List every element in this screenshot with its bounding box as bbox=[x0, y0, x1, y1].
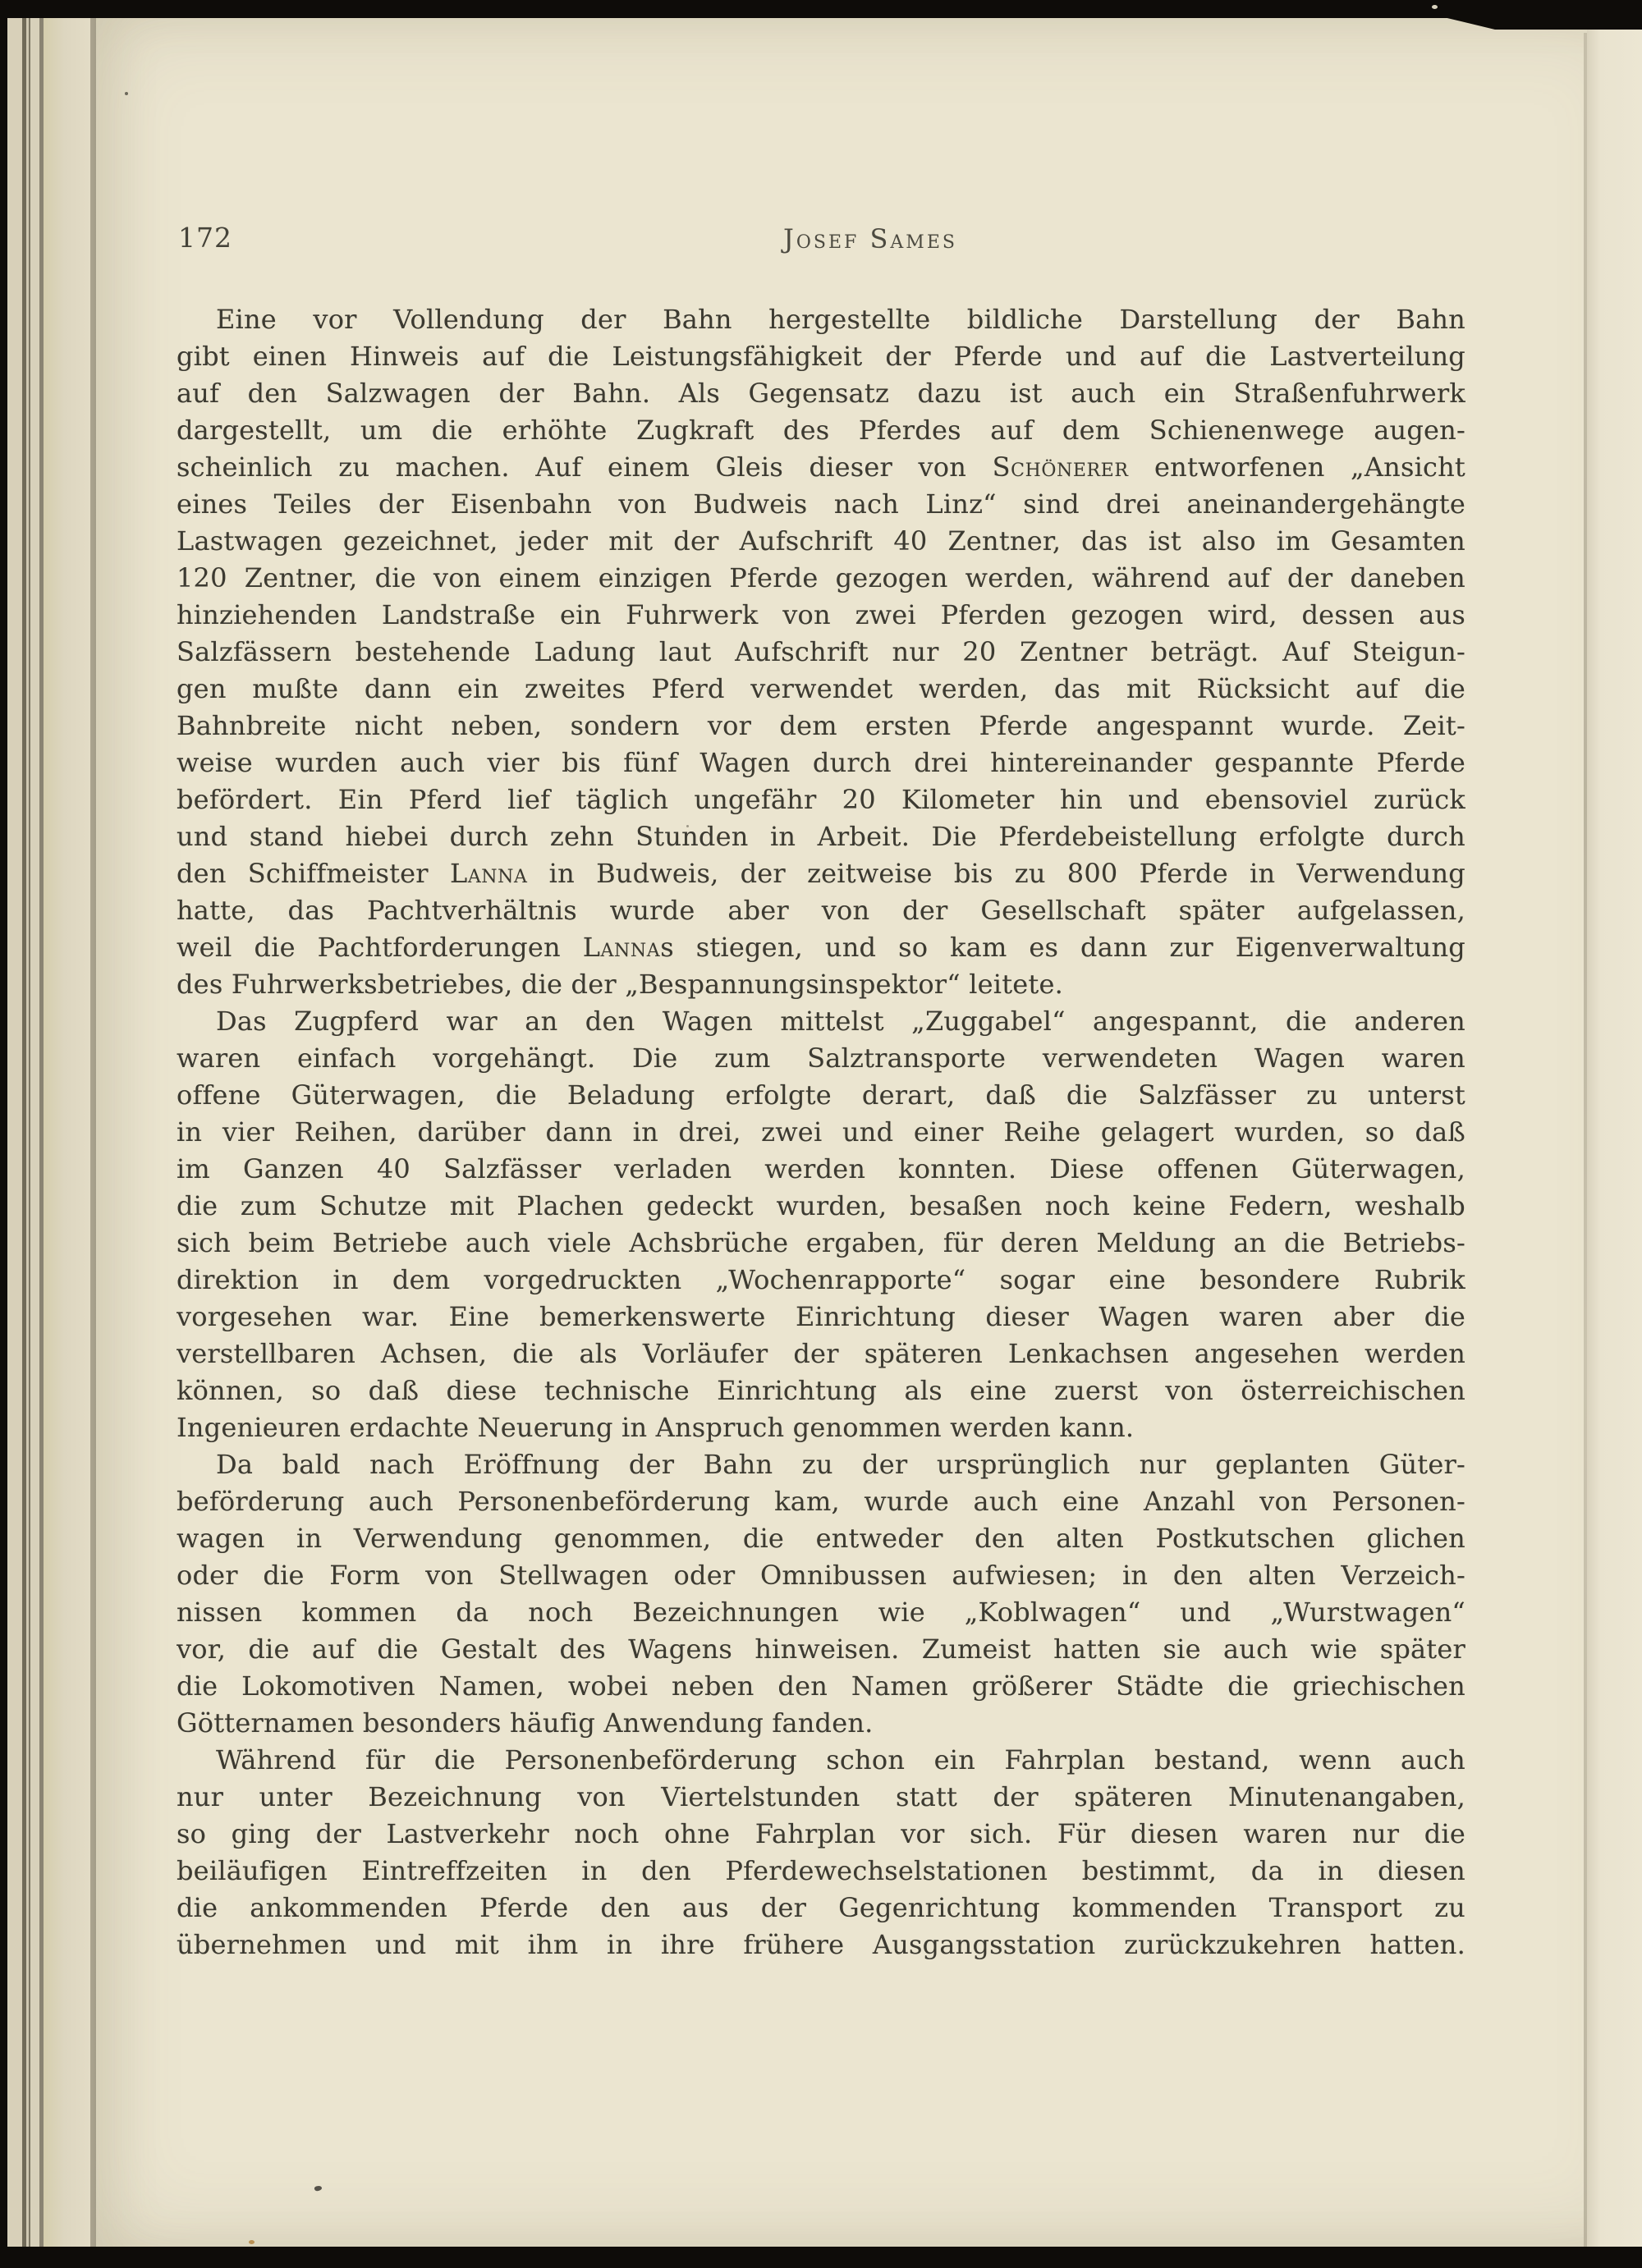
paragraph: Eine vor Vollendung der Bahn hergestellt… bbox=[177, 301, 1465, 1003]
next-page-edge bbox=[1587, 30, 1642, 2247]
text-line: hatte, das Pachtverhältnis wurde aber vo… bbox=[177, 892, 1465, 929]
page-number: 172 bbox=[178, 223, 232, 253]
text-line: offene Güterwagen, die Beladung erfolgte… bbox=[177, 1077, 1465, 1114]
text-line: eines Teiles der Eisenbahn von Budweis n… bbox=[177, 486, 1465, 523]
text-line: befördert. Ein Pferd lief täglich ungefä… bbox=[177, 781, 1465, 818]
text-line: Ingenieuren erdachte Neuerung in Anspruc… bbox=[177, 1409, 1465, 1446]
text-line: vor, die auf die Gestalt des Wagens hinw… bbox=[177, 1631, 1465, 1668]
text-line: die zum Schutze mit Plachen gedeckt wurd… bbox=[177, 1188, 1465, 1225]
page-crease-line bbox=[1584, 33, 1587, 2247]
text-line: dargestellt, um die erhöhte Zugkraft des… bbox=[177, 412, 1465, 449]
paragraph: Da bald nach Eröffnung der Bahn zu der u… bbox=[177, 1446, 1465, 1742]
text-line: Während für die Personenbeförderung scho… bbox=[177, 1742, 1465, 1779]
text-line: sich beim Betriebe auch viele Achsbrüche… bbox=[177, 1225, 1465, 1262]
text-line: können, so daß diese technische Einricht… bbox=[177, 1372, 1465, 1409]
text-line: den Schiffmeister Lanna in Budweis, der … bbox=[177, 855, 1465, 892]
text-line: beiläufigen Eintreffzeiten in den Pferde… bbox=[177, 1853, 1465, 1890]
text-line: 120 Zentner, die von einem einzigen Pfer… bbox=[177, 560, 1465, 597]
text-line: Da bald nach Eröffnung der Bahn zu der u… bbox=[177, 1446, 1465, 1483]
text-line: vorgesehen war. Eine bemerkenswerte Einr… bbox=[177, 1299, 1465, 1336]
text-line: beförderung auch Personenbeförderung kam… bbox=[177, 1483, 1465, 1520]
scan-border-top bbox=[0, 0, 1642, 18]
text-line: weise wurden auch vier bis fünf Wagen du… bbox=[177, 745, 1465, 781]
text-line: Das Zugpferd war an den Wagen mittelst „… bbox=[177, 1003, 1465, 1040]
text-line: oder die Form von Stellwagen oder Omnibu… bbox=[177, 1557, 1465, 1594]
text-line: so ging der Lastverkehr noch ohne Fahrpl… bbox=[177, 1816, 1465, 1853]
text-line: weil die Pachtforderungen Lannas stiegen… bbox=[177, 929, 1465, 966]
text-line: wagen in Verwendung genommen, die entwed… bbox=[177, 1520, 1465, 1557]
paper-speck bbox=[686, 825, 689, 827]
text-line: auf den Salzwagen der Bahn. Als Gegensat… bbox=[177, 375, 1465, 412]
running-header: Josef Sames bbox=[783, 225, 957, 253]
text-line: und stand hiebei durch zehn Stunden in A… bbox=[177, 818, 1465, 855]
text-line: Eine vor Vollendung der Bahn hergestellt… bbox=[177, 301, 1465, 338]
text-line: hinziehenden Landstraße ein Fuhrwerk von… bbox=[177, 597, 1465, 634]
body-text: Eine vor Vollendung der Bahn hergestellt… bbox=[177, 301, 1465, 1963]
text-line: Götternamen besonders häufig Anwendung f… bbox=[177, 1705, 1465, 1742]
text-line: gibt einen Hinweis auf die Leistungsfähi… bbox=[177, 338, 1465, 375]
book-page-scan: 172 Josef Sames Eine vor Vollendung der … bbox=[0, 0, 1642, 2268]
paper-speck bbox=[249, 2240, 255, 2244]
text-line: Bahnbreite nicht neben, sondern vor dem … bbox=[177, 708, 1465, 745]
text-line: gen mußte dann ein zweites Pferd verwend… bbox=[177, 671, 1465, 708]
text-line: die ankommenden Pferde den aus der Gegen… bbox=[177, 1890, 1465, 1927]
text-line: Salzfässern bestehende Ladung laut Aufsc… bbox=[177, 634, 1465, 671]
text-line: die Lokomotiven Namen, wobei neben den N… bbox=[177, 1668, 1465, 1705]
text-line: Lastwagen gezeichnet, jeder mit der Aufs… bbox=[177, 523, 1465, 560]
text-line: scheinlich zu machen. Auf einem Gleis di… bbox=[177, 449, 1465, 486]
scan-border-left bbox=[0, 0, 7, 2268]
text-line: direktion in dem vorgedruckten „Wochenra… bbox=[177, 1262, 1465, 1299]
text-line: waren einfach vorgehängt. Die zum Salztr… bbox=[177, 1040, 1465, 1077]
text-line: übernehmen und mit ihm in ihre frühere A… bbox=[177, 1927, 1465, 1963]
text-line: nur unter Bezeichnung von Viertelstunden… bbox=[177, 1779, 1465, 1816]
page-edges-stack bbox=[7, 18, 96, 2247]
text-line: des Fuhrwerksbetriebes, die der „Bespann… bbox=[177, 966, 1465, 1003]
scan-dust-speck bbox=[1432, 5, 1438, 9]
paragraph: Das Zugpferd war an den Wagen mittelst „… bbox=[177, 1003, 1465, 1446]
text-line: in vier Reihen, darüber dann in drei, zw… bbox=[177, 1114, 1465, 1151]
paragraph: Während für die Personenbeförderung scho… bbox=[177, 1742, 1465, 1963]
text-line: verstellbaren Achsen, die als Vorläufer … bbox=[177, 1336, 1465, 1372]
text-line: nissen kommen da noch Bezeichnungen wie … bbox=[177, 1594, 1465, 1631]
text-line: im Ganzen 40 Salzfässer verladen werden … bbox=[177, 1151, 1465, 1188]
paper-speck bbox=[125, 92, 128, 95]
scan-border-bottom bbox=[0, 2247, 1642, 2268]
